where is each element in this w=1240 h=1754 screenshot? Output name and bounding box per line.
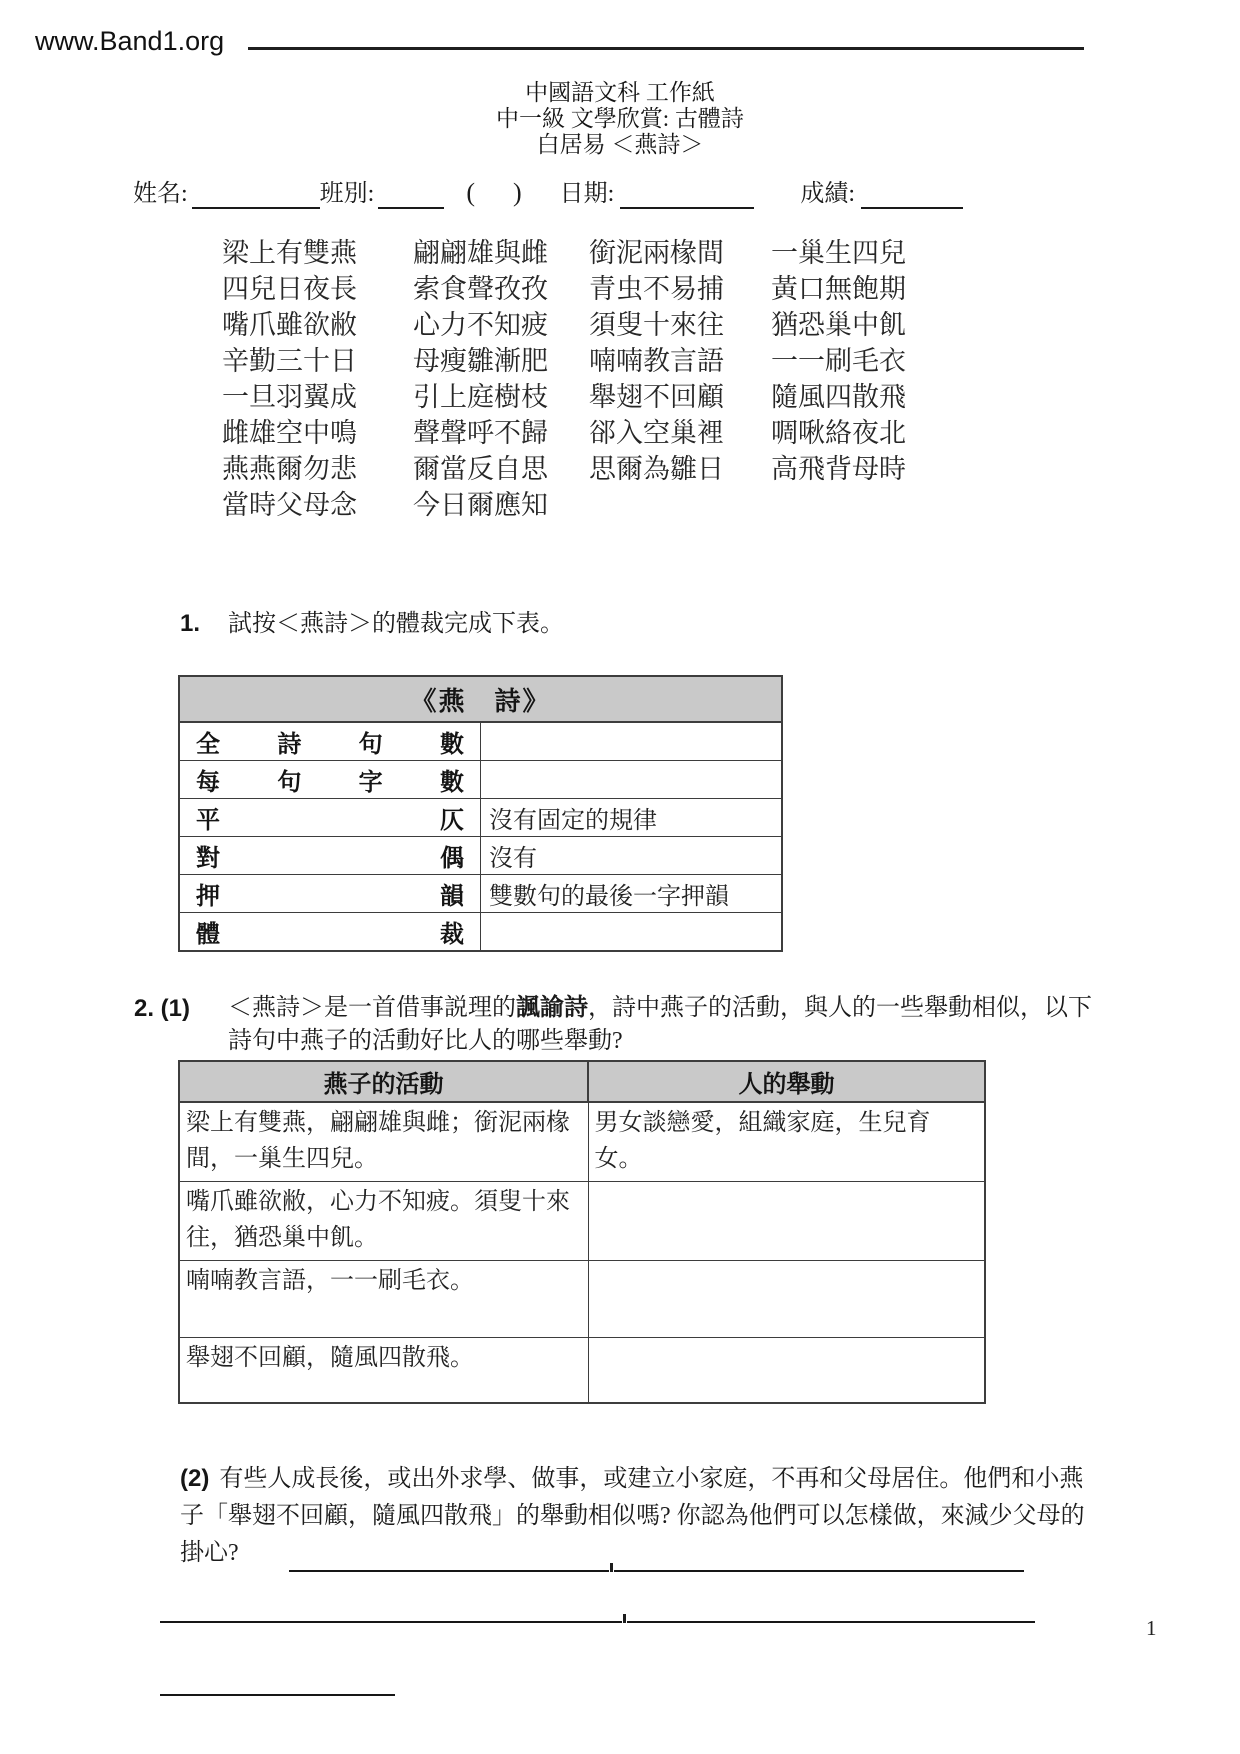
poem-line: 四兒日夜長 bbox=[222, 271, 413, 307]
genre-table: 《燕 詩》 全詩句數 每句字數 平仄 沒有固定的規律 對偶 沒有 押韻 雙數 bbox=[178, 675, 783, 952]
site-label: www.Band1.org bbox=[35, 26, 224, 56]
table-row: 平仄 沒有固定的規律 bbox=[179, 799, 782, 837]
class-label: 班別: bbox=[320, 181, 375, 207]
poem-line: 喃喃教言語 bbox=[589, 343, 771, 379]
row-value-rhyme: 雙數句的最後一字押韻 bbox=[481, 875, 783, 913]
poem-line: 辛勤三十日 bbox=[222, 343, 413, 379]
question-2-1-line-2: 詩句中燕子的活動好比人的哪些舉動? bbox=[228, 1025, 1240, 1058]
table-row: 對偶 沒有 bbox=[179, 837, 782, 875]
swallow-activity-cell: 舉翅不回顧，隨風四散飛。 bbox=[179, 1338, 588, 1404]
answer-line bbox=[289, 1544, 609, 1572]
genre-table-header-row: 《燕 詩》 bbox=[179, 676, 782, 722]
poem-line: 嘴爪雖欲敝 bbox=[222, 307, 413, 343]
date-blank-line bbox=[620, 183, 754, 209]
answer-line-row bbox=[160, 1659, 1240, 1696]
row-value-total-lines bbox=[481, 722, 783, 761]
class-blank-line bbox=[378, 183, 444, 209]
activity-table-header-row: 燕子的活動 人的舉動 bbox=[179, 1061, 985, 1102]
poem-line: 一巢生四兒 bbox=[771, 235, 911, 271]
question-2-2-line-1: (2)有些人成長後，或出外求學、做事，或建立小家庭，不再和父母居住。他們和小燕 bbox=[180, 1460, 1240, 1498]
genre-table-title: 《燕 詩》 bbox=[179, 676, 782, 722]
poem-line: 翩翩雄與雌 bbox=[413, 235, 589, 271]
poem-line: 銜泥兩椽間 bbox=[589, 235, 771, 271]
score-blank-line bbox=[861, 183, 963, 209]
row-label-tones: 平仄 bbox=[179, 799, 481, 837]
question-1: 1.試按＜燕詩＞的體裁完成下表。 bbox=[180, 607, 1240, 641]
poem-line: 當時父母念 bbox=[222, 487, 413, 523]
poem-line: 心力不知疲 bbox=[413, 307, 589, 343]
poem-line: 青虫不易捕 bbox=[589, 271, 771, 307]
question-2-1-number: 2. (1) bbox=[134, 992, 226, 1025]
question-2-2: (2)有些人成長後，或出外求學、做事，或建立小家庭，不再和父母居住。他們和小燕 … bbox=[180, 1460, 1240, 1696]
answer-line-row bbox=[160, 1586, 1240, 1623]
poem-line: 母瘦雛漸肥 bbox=[413, 343, 589, 379]
table-row: 每句字數 bbox=[179, 761, 782, 799]
row-value-chars-per-line bbox=[481, 761, 783, 799]
answer-line bbox=[160, 1595, 622, 1623]
header-rule bbox=[248, 47, 1084, 50]
date-label: 日期: bbox=[560, 181, 615, 207]
header-swallow-activity: 燕子的活動 bbox=[179, 1061, 588, 1102]
question-2-1-text: ＜燕詩＞是一首借事説理的 bbox=[228, 995, 516, 1021]
poem-line: 一一刷毛衣 bbox=[771, 343, 911, 379]
answer-line bbox=[614, 1544, 1024, 1572]
line-join-dot bbox=[610, 1563, 613, 1572]
title-line-3: 白居易 ＜燕詩＞ bbox=[0, 132, 1240, 158]
row-label-chars-per-line: 每句字數 bbox=[179, 761, 481, 799]
row-label-genre: 體裁 bbox=[179, 913, 481, 952]
poem-line: 梁上有雙燕 bbox=[222, 235, 413, 271]
table-row: 梁上有雙燕，翩翩雄與雌；銜泥兩椽間，一巢生四兒。 男女談戀愛，組織家庭，生兒育女… bbox=[179, 1102, 985, 1182]
worksheet-page: www.Band1.org 中國語文科 工作紙 中一級 文學欣賞: 古體詩 白居… bbox=[0, 0, 1240, 1754]
title-block: 中國語文科 工作紙 中一級 文學欣賞: 古體詩 白居易 ＜燕詩＞ bbox=[0, 80, 1240, 158]
poem-block: 梁上有雙燕 翩翩雄與雌 銜泥兩椽間 一巢生四兒 四兒日夜長 索食聲孜孜 青虫不易… bbox=[222, 235, 1240, 523]
question-2-1: 2. (1) ＜燕詩＞是一首借事説理的諷諭詩，詩中燕子的活動，與人的一些舉動相似… bbox=[228, 992, 1240, 1058]
answer-line bbox=[627, 1595, 1035, 1623]
poem-line: 隨風四散飛 bbox=[771, 379, 911, 415]
question-2-2-line-3: 掛心? bbox=[180, 1535, 1240, 1572]
row-label-parallelism: 對偶 bbox=[179, 837, 481, 875]
row-label-rhyme: 押韻 bbox=[179, 875, 481, 913]
row-label-total-lines: 全詩句數 bbox=[179, 722, 481, 761]
poem-line: 須叟十來往 bbox=[589, 307, 771, 343]
question-2-1-bold-term: 諷諭詩 bbox=[516, 995, 588, 1021]
human-action-cell bbox=[588, 1338, 985, 1404]
poem-line: 雌雄空中鳴 bbox=[222, 415, 413, 451]
swallow-activity-cell: 嘴爪雖欲敝，心力不知疲。須叟十來往，猶恐巢中飢。 bbox=[179, 1182, 588, 1261]
name-blank-line bbox=[192, 183, 320, 209]
row-value-tones: 沒有固定的規律 bbox=[481, 799, 783, 837]
table-row: 體裁 bbox=[179, 913, 782, 952]
swallow-activity-cell: 梁上有雙燕，翩翩雄與雌；銜泥兩椽間，一巢生四兒。 bbox=[179, 1102, 588, 1182]
table-row: 喃喃教言語，一一刷毛衣。 bbox=[179, 1261, 985, 1338]
poem-line: 燕燕爾勿悲 bbox=[222, 451, 413, 487]
question-1-number: 1. bbox=[180, 607, 228, 641]
question-2-1-text: ，詩中燕子的活動，與人的一些舉動相似，以下 bbox=[588, 995, 1092, 1021]
swallow-activity-cell: 喃喃教言語，一一刷毛衣。 bbox=[179, 1261, 588, 1338]
table-row: 全詩句數 bbox=[179, 722, 782, 761]
poem-line: 郤入空巢裡 bbox=[589, 415, 771, 451]
student-info-row: 姓名:班別:( )日期:成績: bbox=[133, 172, 1240, 209]
question-1-text: 試按＜燕詩＞的體裁完成下表。 bbox=[228, 611, 564, 637]
human-action-cell bbox=[588, 1261, 985, 1338]
table-row: 嘴爪雖欲敝，心力不知疲。須叟十來往，猶恐巢中飢。 bbox=[179, 1182, 985, 1261]
score-label: 成績: bbox=[800, 181, 855, 207]
row-value-genre bbox=[481, 913, 783, 952]
poem-line: 引上庭樹枝 bbox=[413, 379, 589, 415]
question-2-1-line-1: ＜燕詩＞是一首借事説理的諷諭詩，詩中燕子的活動，與人的一些舉動相似，以下 bbox=[228, 992, 1240, 1025]
question-2-2-text-tail: 掛心? bbox=[180, 1540, 239, 1566]
question-2-2-text: 有些人成長後，或出外求學、做事，或建立小家庭，不再和父母居住。他們和小燕 bbox=[219, 1466, 1083, 1492]
poem-line: 黃口無飽期 bbox=[771, 271, 911, 307]
table-row: 舉翅不回顧，隨風四散飛。 bbox=[179, 1338, 985, 1404]
page-number: 1 bbox=[1146, 1616, 1157, 1641]
answer-line bbox=[160, 1668, 395, 1696]
swallow-activity-table: 燕子的活動 人的舉動 梁上有雙燕，翩翩雄與雌；銜泥兩椽間，一巢生四兒。 男女談戀… bbox=[178, 1060, 986, 1404]
title-line-1: 中國語文科 工作紙 bbox=[0, 80, 1240, 106]
poem-line: 舉翅不回顧 bbox=[589, 379, 771, 415]
poem-line: 思爾為雛日 bbox=[589, 451, 771, 487]
name-label: 姓名: bbox=[133, 181, 188, 207]
poem-line: 一旦羽翼成 bbox=[222, 379, 413, 415]
line-join-dot bbox=[623, 1614, 626, 1623]
human-action-cell bbox=[588, 1182, 985, 1261]
poem-line: 索食聲孜孜 bbox=[413, 271, 589, 307]
poem-line: 啁啾絡夜北 bbox=[771, 415, 911, 451]
poem-line: 今日爾應知 bbox=[413, 487, 589, 523]
question-2-2-line-2: 子「舉翅不回顧，隨風四散飛」的舉動相似嗎? 你認為他們可以怎樣做，來減少父母的 bbox=[180, 1498, 1240, 1535]
row-value-parallelism: 沒有 bbox=[481, 837, 783, 875]
poem-line: 猶恐巢中飢 bbox=[771, 307, 911, 343]
question-2-2-number: (2) bbox=[180, 1465, 209, 1492]
site-header: www.Band1.org bbox=[0, 0, 1240, 56]
header-human-action: 人的舉動 bbox=[588, 1061, 985, 1102]
table-row: 押韻 雙數句的最後一字押韻 bbox=[179, 875, 782, 913]
class-number-parens: ( ) bbox=[466, 178, 527, 207]
poem-line: 爾當反自思 bbox=[413, 451, 589, 487]
title-line-2: 中一級 文學欣賞: 古體詩 bbox=[0, 106, 1240, 132]
human-action-cell: 男女談戀愛，組織家庭，生兒育女。 bbox=[588, 1102, 985, 1182]
poem-line: 聲聲呼不歸 bbox=[413, 415, 589, 451]
poem-line: 高飛背母時 bbox=[771, 451, 911, 487]
